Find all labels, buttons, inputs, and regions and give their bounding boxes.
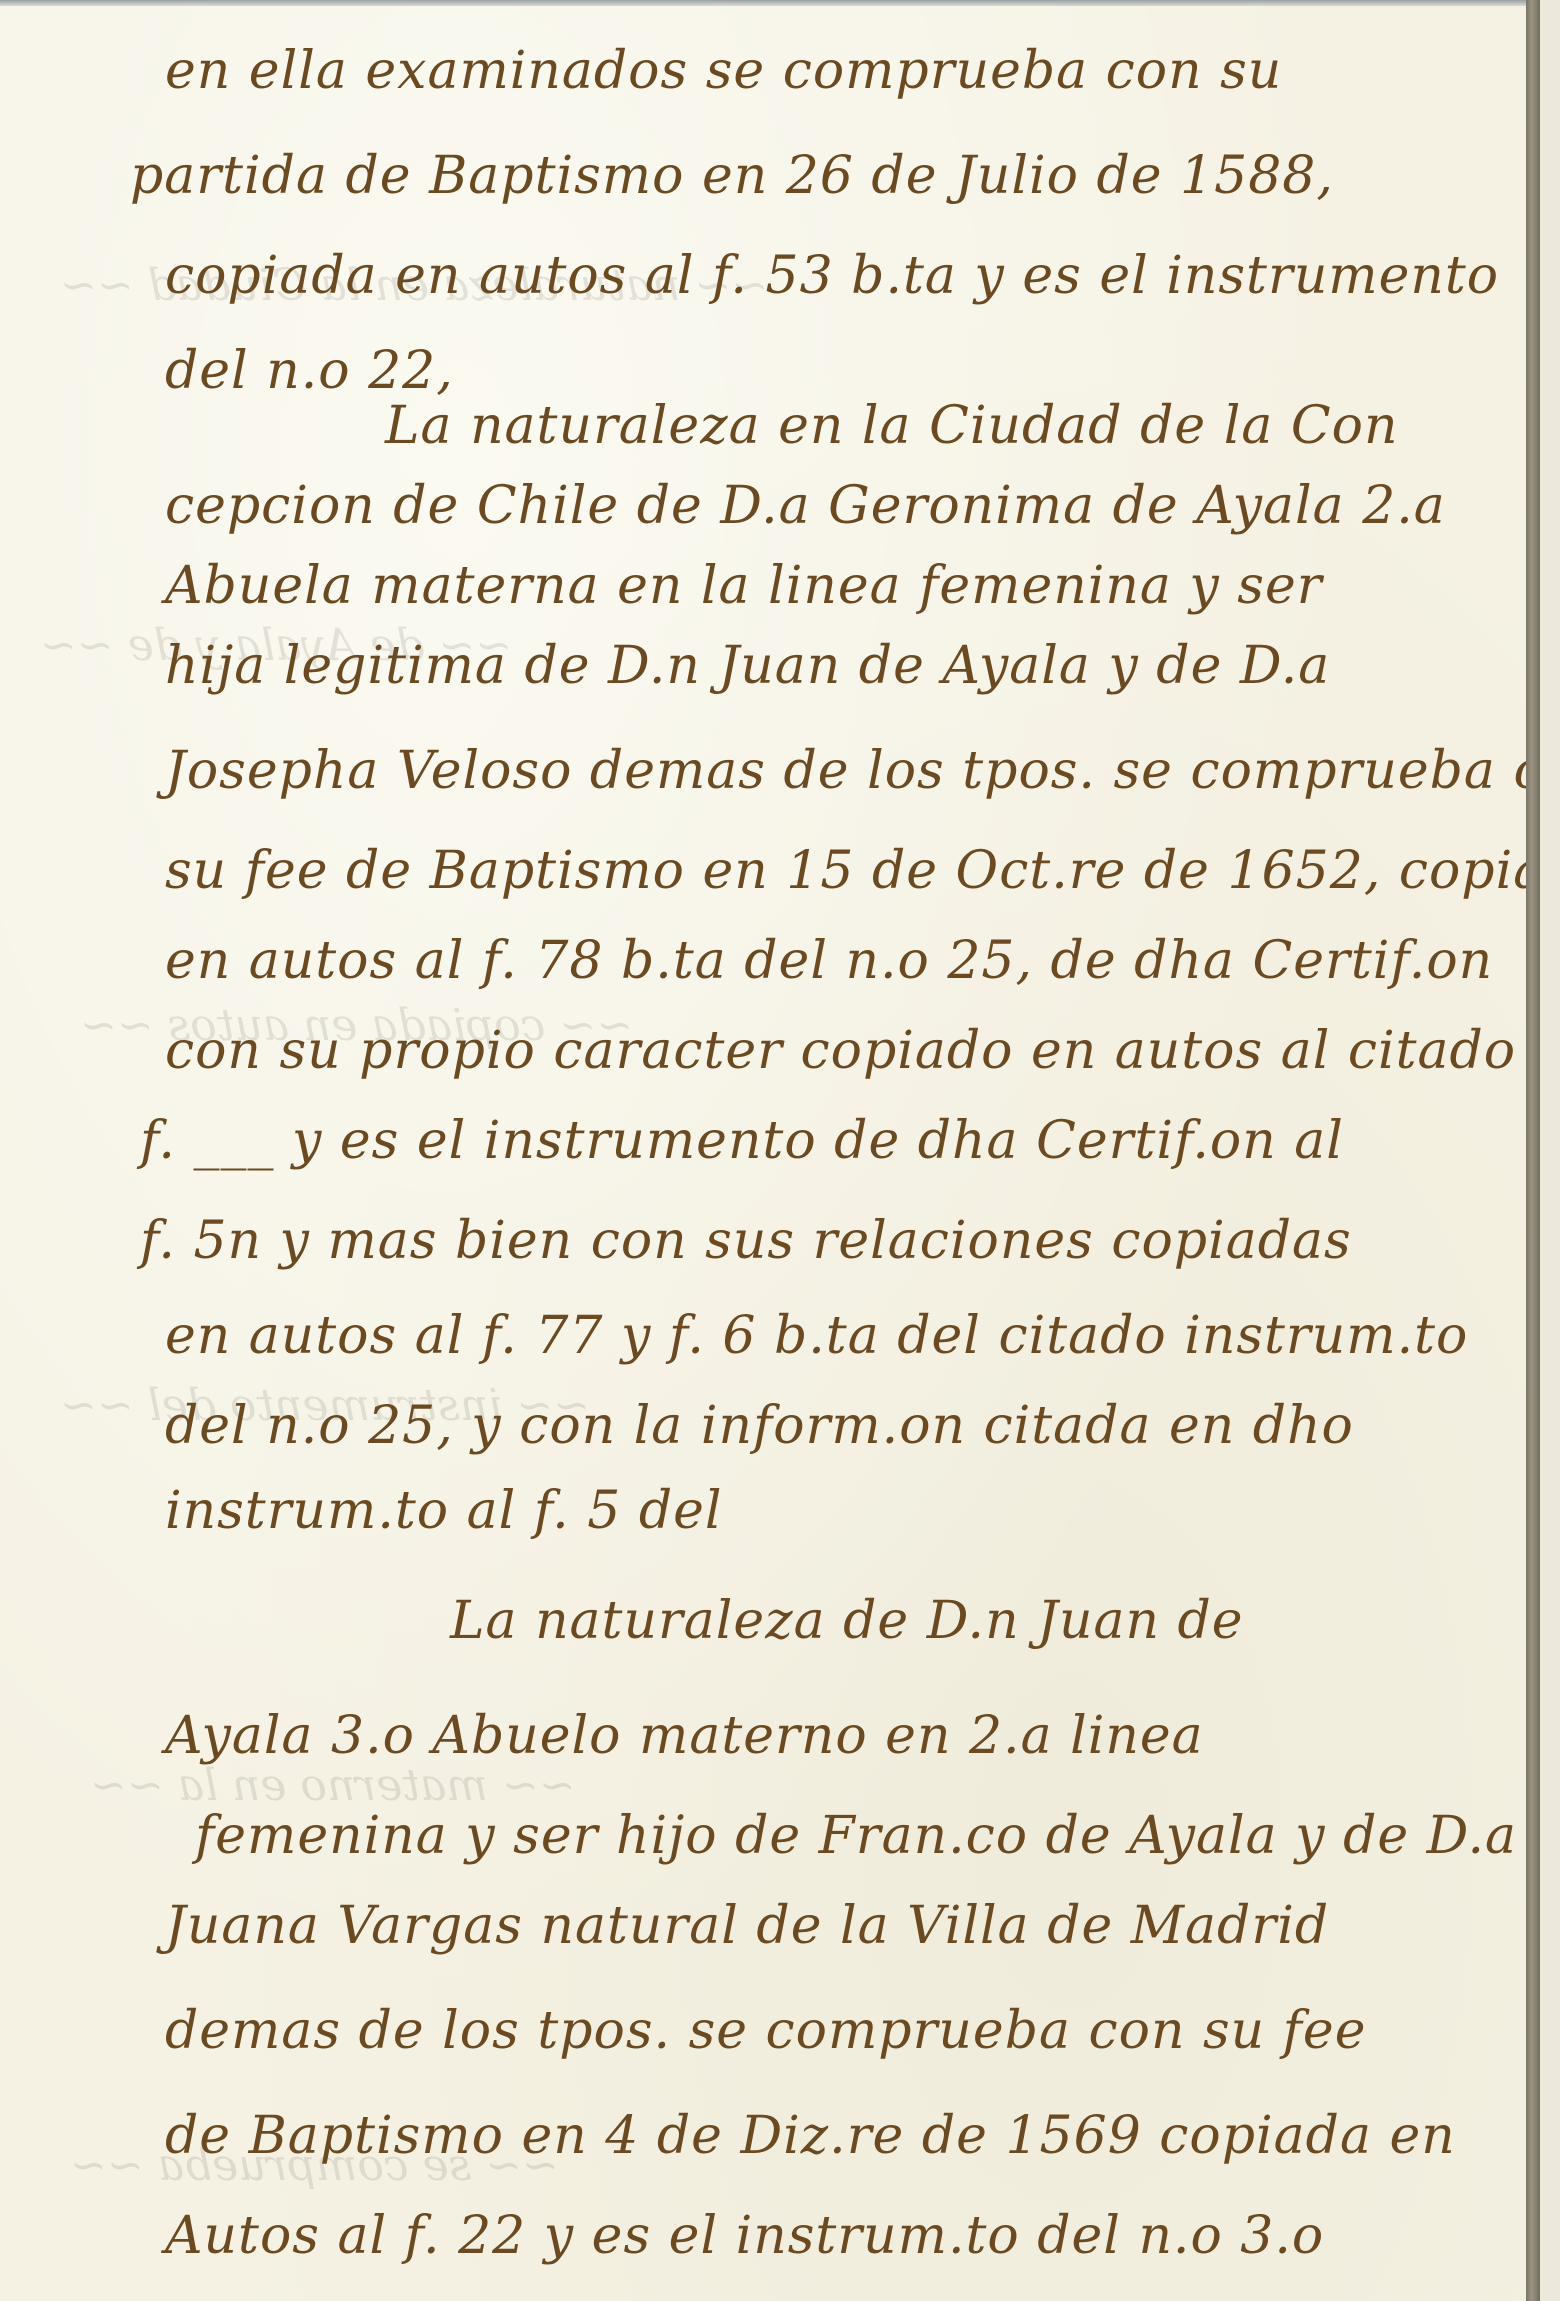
manuscript-line-3: copiada en autos al f. 53 b.ta y es el i… [165, 250, 1499, 302]
manuscript-line-22: demas de los tpos. se comprueba con su f… [165, 2005, 1366, 2057]
manuscript-line-21: Juana Vargas natural de la Villa de Madr… [165, 1900, 1329, 1952]
manuscript-line-5-paragraph-start: La naturaleza en la Ciudad de la Con [385, 400, 1398, 452]
adjacent-page-strip [1540, 0, 1560, 2301]
manuscript-line-23: de Baptismo en 4 de Diz.re de 1569 copia… [165, 2110, 1456, 2162]
bleed-through-text: ~~ materno en la ~~ [90, 1760, 576, 1811]
page-top-edge [0, 0, 1532, 6]
page-binding-edge [1526, 0, 1540, 2301]
manuscript-line-18-paragraph-start: La naturaleza de D.n Juan de [450, 1595, 1244, 1647]
manuscript-line-19: Ayala 3.o Abuelo materno en 2.a linea [165, 1710, 1204, 1762]
manuscript-line-9: Josepha Veloso demas de los tpos. se com… [165, 745, 1560, 797]
manuscript-line-8: hija legitima de D.n Juan de Ayala y de … [165, 640, 1330, 692]
manuscript-page: ~~ naturaleza en la Ciudad ~~ ~~ de Ayal… [0, 0, 1532, 2301]
manuscript-line-17: instrum.to al f. 5 del [165, 1485, 723, 1537]
manuscript-line-10: su fee de Baptismo en 15 de Oct.re de 16… [165, 845, 1560, 897]
manuscript-line-15: en autos al f. 77 y f. 6 b.ta del citado… [165, 1310, 1468, 1362]
manuscript-line-13: f. ___ y es el instrumento de dha Certif… [140, 1115, 1344, 1167]
manuscript-line-7: Abuela materna en la linea femenina y se… [165, 560, 1323, 612]
manuscript-line-4: del n.o 22, [165, 345, 454, 397]
manuscript-line-11: en autos al f. 78 b.ta del n.o 25, de dh… [165, 935, 1493, 987]
manuscript-line-24: Autos al f. 22 y es el instrum.to del n.… [165, 2210, 1324, 2262]
manuscript-line-6: cepcion de Chile de D.a Geronima de Ayal… [165, 480, 1446, 532]
manuscript-line-14: f. 5n y mas bien con sus relaciones copi… [140, 1215, 1352, 1267]
manuscript-line-12: con su propio caracter copiado en autos … [165, 1025, 1516, 1077]
manuscript-line-16: del n.o 25, y con la inform.on citada en… [165, 1400, 1354, 1452]
manuscript-line-2: partida de Baptismo en 26 de Julio de 15… [130, 150, 1334, 202]
manuscript-line-20: femenina y ser hijo de Fran.co de Ayala … [195, 1810, 1517, 1862]
manuscript-line-1: en ella examinados se comprueba con su [165, 45, 1282, 97]
